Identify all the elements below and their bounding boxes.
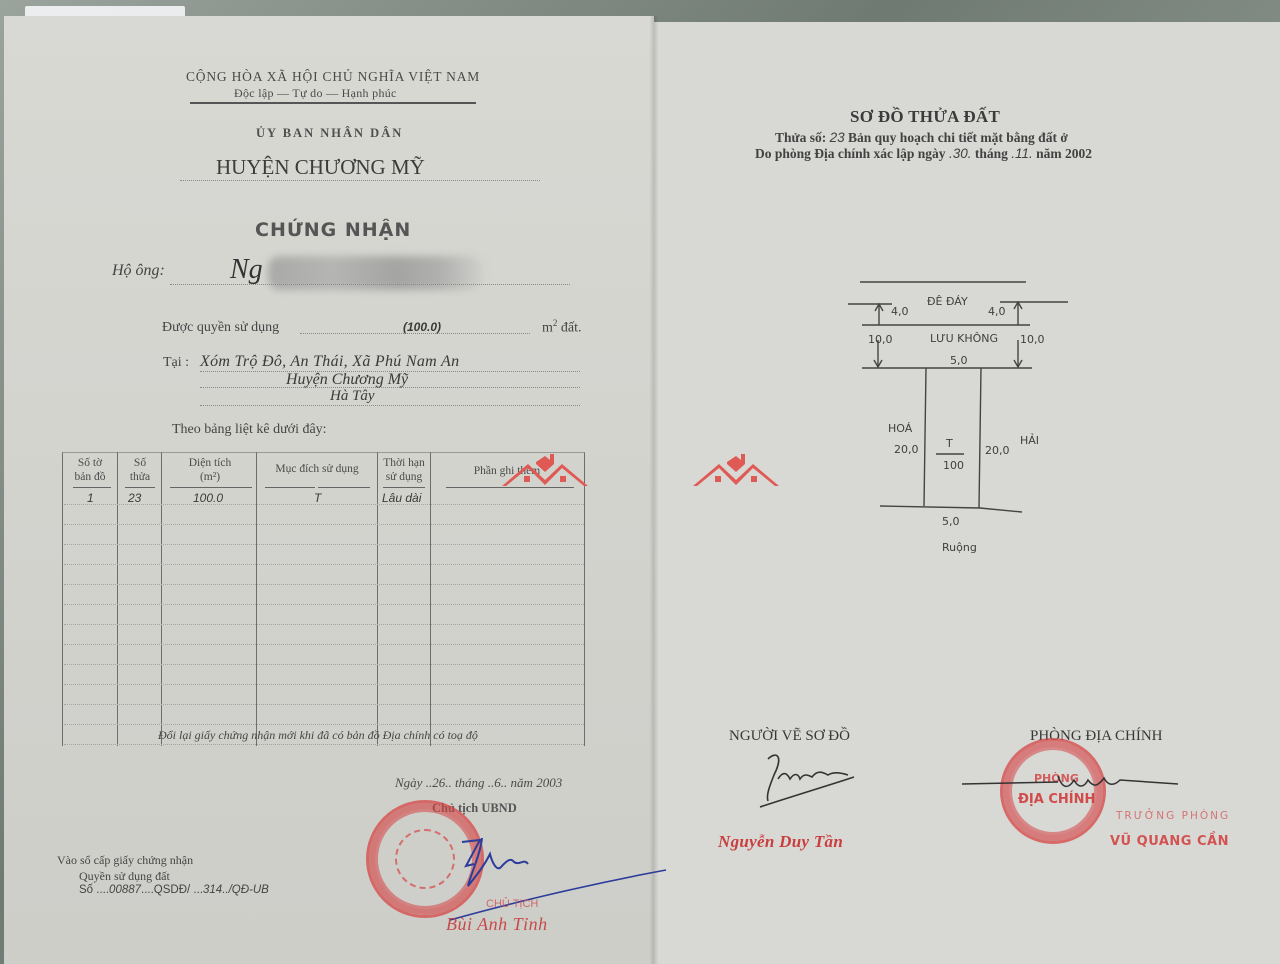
header-line: Số tờ: [66, 456, 114, 470]
table-header-purpose: Mục đích sử dụng: [258, 462, 376, 476]
house-roof-logo-icon: [690, 452, 782, 490]
row-rule: [64, 524, 584, 525]
table-header-area: Diện tích (m²): [164, 456, 256, 484]
column-divider: [117, 452, 118, 746]
header-underline: [125, 487, 155, 488]
address-label: Tại :: [163, 355, 189, 371]
cell-area: 100.0: [193, 491, 223, 505]
registry-suffix: ../QĐ-UB: [222, 884, 269, 896]
registry-decision-number: 314: [203, 884, 222, 896]
council-name: ỦY BAN NHÂN DÂN: [256, 126, 403, 141]
chairman-stamp-title: CHỦ TỊCH: [486, 898, 538, 910]
header-divider: [190, 102, 476, 104]
owner-label: Hộ ông:: [112, 262, 165, 280]
month-label: tháng: [975, 146, 1008, 161]
dotted-rule: [180, 180, 540, 181]
signature-office-head: [958, 770, 1184, 800]
row-rule: [64, 504, 584, 505]
header-line: Mục đích sử dụng: [258, 462, 376, 476]
sketch-back-width: 5,0: [942, 515, 960, 528]
land-area-unit: m2 đất.: [542, 318, 582, 337]
sketch-parcel-area: 100: [943, 459, 964, 472]
row-rule: [64, 564, 584, 565]
chairman-name: Bùi Anh Tỉnh: [446, 914, 548, 935]
parcel-line: Thửa số: 23 Bản quy hoạch chi tiết mặt b…: [775, 130, 1068, 146]
office-head-name: VŨ QUANG CẦN: [1110, 834, 1229, 849]
registry-mid: ....QSDĐ/ ...: [141, 884, 203, 896]
column-divider: [430, 452, 431, 746]
sketch-right-length: 20,0: [985, 444, 1010, 457]
certificate-title: CHỨNG NHẬN: [255, 219, 411, 241]
land-area-value: (100.0): [403, 320, 441, 334]
header-line: bản đồ: [66, 470, 114, 484]
sketch-title: SƠ ĐỒ THỬA ĐẤT: [850, 107, 1000, 127]
issue-date: Ngày ..26.. tháng ..6.. năm 2003: [395, 775, 562, 791]
cell-map-sheet: 1: [87, 491, 94, 505]
header-line: thửa: [120, 470, 160, 484]
drawer-title: NGƯỜI VẼ SƠ ĐỒ: [729, 728, 850, 745]
sketch-dyke-label: ĐÊ ĐÁY: [927, 295, 968, 308]
table-header-map-sheet: Số tờ bản đồ: [66, 456, 114, 484]
table-note: Đổi lại giấy chứng nhận mới khi đã có bả…: [158, 728, 478, 743]
header-line: Thời hạn: [378, 456, 430, 470]
header-line: Số: [120, 456, 160, 470]
header-line: sử dụng: [378, 470, 430, 484]
column-divider: [377, 452, 378, 746]
national-motto: Độc lập — Tự do — Hạnh phúc: [234, 86, 397, 101]
established-label: Do phòng Địa chính xác lập ngày: [755, 146, 946, 161]
cell-term: Lâu dài: [382, 491, 421, 505]
unit-base: m: [542, 321, 553, 336]
address-line-3: Hà Tây: [330, 388, 375, 405]
registry-line-2: Quyền sử dụng đất: [79, 869, 170, 884]
header-underline: [318, 487, 370, 488]
row-rule: [64, 584, 584, 585]
row-rule: [64, 604, 584, 605]
sketch-corridor-label: LƯU KHÔNG: [930, 332, 998, 345]
cell-parcel-no: 23: [128, 491, 141, 505]
established-month: .11.: [1011, 146, 1033, 161]
header-underline: [383, 487, 425, 488]
row-rule: [64, 724, 584, 725]
parcel-number: 23: [830, 130, 845, 145]
row-rule: [64, 704, 584, 705]
sketch-parcel-use: T: [946, 437, 953, 450]
sketch-corridor-left: 10,0: [868, 333, 893, 346]
sketch-left-length: 20,0: [894, 443, 919, 456]
row-rule: [64, 744, 584, 745]
column-divider: [161, 452, 162, 746]
house-roof-logo-icon: [500, 452, 590, 490]
page-fold: [650, 16, 658, 964]
dotted-rule: [200, 405, 580, 406]
row-rule: [64, 664, 584, 665]
established-line: Do phòng Địa chính xác lập ngày .30. thá…: [755, 146, 1092, 162]
header-line: (m²): [164, 470, 256, 484]
table-intro: Theo bảng liệt kê dưới đây:: [172, 422, 327, 438]
address-line-2: Huyện Chương Mỹ: [286, 371, 408, 389]
registry-prefix: Số ....: [79, 884, 109, 896]
row-rule: [64, 684, 584, 685]
header-line: Diện tích: [164, 456, 256, 470]
sketch-back-label: Ruộng: [942, 541, 977, 554]
drawer-name: Nguyễn Duy Tần: [718, 832, 843, 852]
registry-line-3: Số ....00887....QSDĐ/ ...314../QĐ-UB: [79, 884, 269, 896]
unit-suffix: đất.: [557, 321, 581, 336]
established-day: .30.: [949, 146, 972, 161]
registry-line-1: Vào sổ cấp giấy chứng nhận: [57, 853, 193, 868]
established-year: năm 2002: [1036, 146, 1092, 161]
country-name: CỘNG HÒA XÃ HỘI CHỦ NGHĨA VIỆT NAM: [186, 69, 480, 85]
land-use-label: Được quyền sử dụng: [162, 320, 279, 336]
row-rule: [64, 624, 584, 625]
sketch-corridor-right: 10,0: [1020, 333, 1045, 346]
row-rule: [64, 644, 584, 645]
parcel-description: Bản quy hoạch chi tiết mặt bằng đất ở: [848, 130, 1068, 145]
dotted-rule: [170, 284, 570, 285]
table-header-parcel-no: Số thửa: [120, 456, 160, 484]
address-line-1: Xóm Trộ Đô, An Thái, Xã Phú Nam An: [200, 353, 459, 371]
column-divider: [256, 452, 257, 746]
sketch-left-neighbor: HOÁ: [888, 422, 912, 435]
office-head-title: TRƯỞNG PHÒNG: [1116, 810, 1230, 822]
table-header-term: Thời hạn sử dụng: [378, 456, 430, 484]
header-underline: [73, 487, 111, 488]
sketch-dyke-width-left: 4,0: [891, 305, 909, 318]
sketch-right-neighbor: HẢI: [1020, 434, 1039, 447]
sketch-front-width: 5,0: [950, 354, 968, 367]
header-underline: [170, 487, 252, 488]
signature-chairman: [440, 836, 670, 926]
sketch-dyke-width-right: 4,0: [988, 305, 1006, 318]
cell-purpose: T: [314, 491, 321, 505]
registry-book-number: 00887: [109, 884, 141, 896]
owner-name: Ng: [230, 254, 263, 286]
signature-drawer: [750, 745, 860, 815]
row-rule: [64, 544, 584, 545]
parcel-label: Thửa số:: [775, 130, 826, 145]
header-underline: [265, 487, 315, 488]
district-name: HUYỆN CHƯƠNG MỸ: [216, 155, 425, 180]
